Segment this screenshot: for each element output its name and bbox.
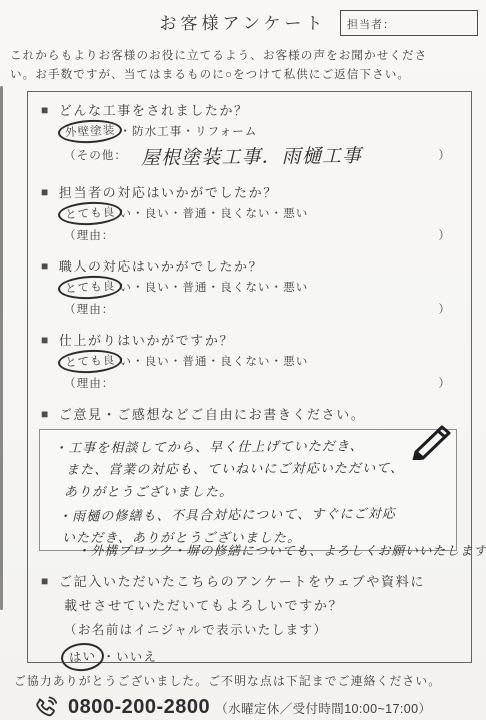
question-label: ■ どんな工事をされましたか？ xyxy=(41,100,457,119)
staff-name-box: 担当者： xyxy=(340,10,478,36)
question-finish-quality: ■ 仕上がりはいかがですか？ とても良い・良い・普通・良くない・悪い （理由： … xyxy=(41,330,457,391)
circled-answer: とても良 xyxy=(57,274,123,300)
question-label: ■ 仕上がりはいかがですか？ xyxy=(41,330,457,349)
question-text-line-1: ご記入いただいたこちらのアンケートをウェブや資料に xyxy=(59,570,425,594)
question-label: ■ 担当者の対応はいかがでしたか？ xyxy=(41,182,457,201)
question-text: ご意見・ご感想などご自由にお書きください。 xyxy=(59,404,366,423)
reason-line: （理由： ） xyxy=(64,301,451,317)
question-label: ■ ご意見・ご感想などご自由にお書きください。 xyxy=(41,404,457,423)
question-text-line-2: 載せさせていただいてもよろしいですか？ xyxy=(64,594,457,618)
square-bullet-icon: ■ xyxy=(41,103,50,117)
circled-answer-yes: はい xyxy=(60,641,106,673)
options-line: とても良い・良い・普通・良くない・悪い xyxy=(64,205,457,222)
contact-row: 0800-200-2800 （水曜定休／受付時間10:00~17:00） xyxy=(34,695,486,720)
header: お客様アンケート 担当者： xyxy=(0,0,486,43)
staff-label: 担当者： xyxy=(347,19,395,31)
circled-answer: とても良 xyxy=(57,200,123,226)
question-text: 担当者の対応はいかがでしたか？ xyxy=(59,182,278,201)
handwritten-comment-line: ありがとうございました。 xyxy=(64,481,448,504)
options-rest: い・良い・普通・良くない・悪い xyxy=(119,207,308,220)
handwritten-comment-line: ・工事を相談してから、早く仕上げていただき、 xyxy=(54,434,448,460)
other-label: （その他： xyxy=(64,147,127,163)
question-label: ■ 職人の対応はいかがでしたか？ xyxy=(41,256,457,275)
square-bullet-icon: ■ xyxy=(41,185,50,199)
options-line: 外壁塗装・防水工事・リフォーム xyxy=(64,123,457,140)
question-text: 職人の対応はいかがでしたか？ xyxy=(59,256,263,275)
options-rest: ・防水工事・リフォーム xyxy=(119,125,257,138)
yes-no-line: はい・いいえ xyxy=(67,647,457,667)
question-free-comments: ■ ご意見・ご感想などご自由にお書きください。 ・工事を相談してから、早く仕上げ… xyxy=(41,404,457,562)
options-line: とても良い・良い・普通・良くない・悪い xyxy=(64,279,457,296)
business-hours: （水曜定休／受付時間10:00~17:00） xyxy=(215,699,431,717)
question-text: 仕上がりはいかがですか？ xyxy=(59,330,234,349)
square-bullet-icon: ■ xyxy=(41,259,50,273)
question-work-type: ■ どんな工事をされましたか？ 外壁塗装・防水工事・リフォーム （その他： 屋根… xyxy=(41,100,457,169)
question-publish-consent: ■ ご記入いただいたこちらのアンケートをウェブや資料に 載せさせていただいてもよ… xyxy=(41,570,457,667)
scan-shadow-edge xyxy=(0,86,3,610)
intro-line-2: い。お手数ですが、当てはまるものに○をつけて私供にご返信下さい。 xyxy=(10,66,478,85)
survey-frame: ■ どんな工事をされましたか？ 外壁塗装・防水工事・リフォーム （その他： 屋根… xyxy=(27,91,472,663)
reason-label: （理由： xyxy=(64,375,114,391)
phone-number: 0800-200-2800 xyxy=(68,696,210,719)
reason-line: （理由： ） xyxy=(64,375,451,391)
question-craftsman-response: ■ 職人の対応はいかがでしたか？ とても良い・良い・普通・良くない・悪い （理由… xyxy=(41,256,457,317)
thanks-text: ご協力ありがとうございました。ご不明な点は下記までご連絡ください。 xyxy=(14,672,486,689)
intro-text: これからもよりお客様のお役に立てるよう、お客様の声をお聞かせくださ い。お手数で… xyxy=(10,47,478,85)
handwritten-comment-line-overflow: ・外構ブロック・塀の修繕についても、よろしくお願いいたします xyxy=(77,540,457,562)
close-paren: ） xyxy=(438,227,451,243)
options-rest: い・良い・普通・良くない・悪い xyxy=(119,355,308,368)
intro-line-1: これからもよりお客様のお役に立てるよう、お客様の声をお聞かせくださ xyxy=(10,47,478,66)
options-line: とても良い・良い・普通・良くない・悪い xyxy=(64,353,457,370)
other-answer-line: （その他： 屋根塗装工事．雨樋工事 ） xyxy=(64,142,451,169)
phone-ringing-icon xyxy=(33,693,62,720)
comment-box: ・工事を相談してから、早く仕上げていただき、 また、営業の対応も、ていねいにご対… xyxy=(39,429,457,551)
handwritten-comment-line: ・雨樋の修繕も、不具合対応について、すぐにご対応 xyxy=(58,502,448,528)
question-label: ■ ご記入いただいたこちらのアンケートをウェブや資料に xyxy=(41,570,457,594)
question-staff-response: ■ 担当者の対応はいかがでしたか？ とても良い・良い・普通・良くない・悪い （理… xyxy=(41,182,457,243)
square-bullet-icon: ■ xyxy=(41,333,50,347)
square-bullet-icon: ■ xyxy=(41,407,50,421)
no-option: ・いいえ xyxy=(102,650,157,664)
close-paren: ） xyxy=(438,147,451,163)
initial-display-note: （お名前はイニジャルで表示いたします） xyxy=(64,620,457,638)
pencil-icon xyxy=(402,414,454,460)
question-text: どんな工事をされましたか？ xyxy=(59,100,249,119)
close-paren: ） xyxy=(438,375,451,391)
reason-label: （理由： xyxy=(64,227,114,243)
reason-label: （理由： xyxy=(64,301,114,317)
circled-answer: 外壁塗装 xyxy=(57,118,123,144)
circled-answer: とても良 xyxy=(57,348,123,374)
handwritten-other-answer: 屋根塗装工事．雨樋工事 xyxy=(141,140,362,169)
square-bullet-icon: ■ xyxy=(41,570,50,592)
handwritten-comment-line: また、営業の対応も、ていねいにご対応いただいて、 xyxy=(66,457,448,482)
reason-line: （理由： ） xyxy=(64,227,451,243)
close-paren: ） xyxy=(438,301,451,317)
survey-paper: お客様アンケート 担当者： これからもよりお客様のお役に立てるよう、お客様の声を… xyxy=(0,0,486,720)
options-rest: い・良い・普通・良くない・悪い xyxy=(119,281,308,294)
